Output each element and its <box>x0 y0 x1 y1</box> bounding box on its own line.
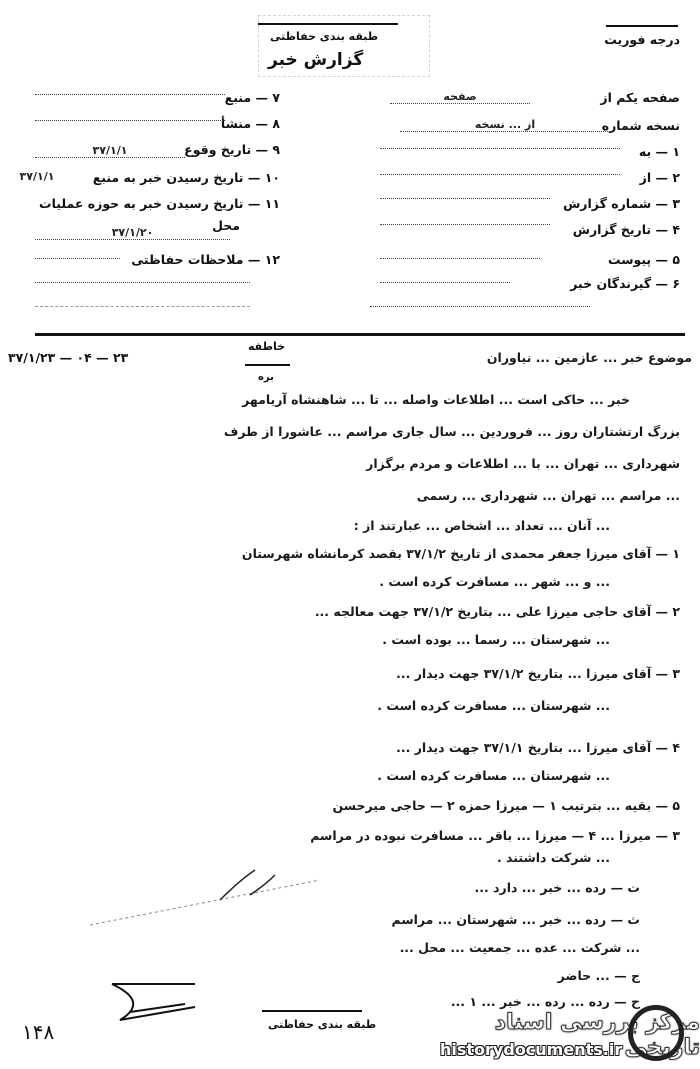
handwritten-signature-scribble <box>80 860 340 930</box>
subject-stamp-bottom: بره <box>258 372 274 383</box>
field-source-received-date-value: ۳۷/۱/۱ <box>2 170 72 183</box>
field-security-notes-line3 <box>35 306 250 307</box>
footer-classification: طبقه بندی حفاظتی <box>268 1018 376 1031</box>
body-line: ۳ — آقای میرزا ... بتاریخ ۳۷/۱/۲ جهت دید… <box>396 666 680 681</box>
field-ops-received-date-value: ۳۷/۱/۲۰ <box>35 226 230 240</box>
field-security-notes-line2 <box>35 282 250 283</box>
header-top-rule <box>258 23 398 25</box>
body-line: ... آنان ... تعداد ... اشخاص ... عبارتند… <box>354 518 610 533</box>
body-line: خبر ... حاکی است ... اطلاعات واصله ... ت… <box>242 392 630 407</box>
body-line: ... شهرستان ... مسافرت کرده است . <box>377 768 610 783</box>
field-recipients: ۶ — گیرندگان خبر <box>570 276 680 291</box>
field-security-notes: ۱۲ — ملاحظات حفاظتی <box>131 252 280 267</box>
body-line: بزرگ ارتشتاران روز ... فروردین ... سال ج… <box>224 424 680 439</box>
field-source: ۷ — منبع <box>225 90 280 105</box>
field-copy: نسخه شماره <box>602 118 680 133</box>
body-line: ۵ — بقیه ... بترتیب ۱ — میرزا حمزه ۲ — ح… <box>333 798 680 813</box>
field-source-received-date: ۱۰ — تاریخ رسیدن خبر به منبع <box>93 170 280 185</box>
body-line: ۲ — آقای حاجی میرزا علی ... بتاریخ ۳۷/۱/… <box>315 604 680 619</box>
field-origin-value <box>35 120 225 121</box>
watermark-url: historydocuments.ir <box>440 1040 622 1059</box>
document-title: گزارش خبر <box>268 50 363 70</box>
note-line: ح — رده ... رده ... خبر ... ۱ ... <box>451 994 640 1009</box>
field-report-date: ۴ — تاریخ گزارش <box>573 222 680 237</box>
subject-stamp-top: خاطفه <box>248 340 285 353</box>
field-report-number: ۳ — شماره گزارش <box>563 196 680 211</box>
field-page: صفحه یکم از <box>600 90 680 105</box>
field-occurrence-date-value: ۳۷/۱/۱ <box>35 144 185 158</box>
body-line: ... و ... شهر ... مسافرت کرده است . <box>379 574 610 589</box>
subject-reference: ۳۷/۱/۲۳ — ۰۴ — ۲۳ <box>8 350 128 365</box>
section-separator <box>35 333 685 336</box>
classification-label: طبقه بندی حفاظتی <box>270 30 378 43</box>
field-security-notes-value <box>35 258 120 259</box>
field-extra-line <box>370 306 590 307</box>
note-line: ... شرکت ... عده ... جمعیت ... محل ... <box>400 940 640 955</box>
field-page-value: صفحه <box>390 90 530 104</box>
priority-label: درجه فوریت <box>604 32 680 47</box>
priority-underline <box>606 25 678 27</box>
body-line: ... شهرستان ... رسما ... بوده است . <box>382 632 610 647</box>
body-line: ۱ — آقای میرزا جعفر محمدی از تاریخ ۳۷/۱/… <box>242 546 680 561</box>
body-line: ... مراسم ... تهران ... شهرداری ... رسمی <box>417 488 680 503</box>
body-line: شهرداری ... تهران ... با ... اطلاعات و م… <box>366 456 680 471</box>
field-origin: ۸ — منشأ <box>221 116 280 131</box>
field-attachment: ۵ — پیوست <box>608 252 680 267</box>
field-ops-received-date: ۱۱ — تاریخ رسیدن خبر به حوزه عملیات <box>39 196 280 211</box>
subject-stamp-underline <box>245 364 290 366</box>
field-recipients-value <box>380 282 510 283</box>
body-line: ۴ — آقای میرزا ... بتاریخ ۳۷/۱/۱ جهت دید… <box>396 740 680 755</box>
field-report-number-value <box>380 198 550 199</box>
arrow-scribble <box>110 982 200 1022</box>
field-attachment-value <box>380 258 540 259</box>
body-line: ۳ — میرزا ... ۴ — میرزا ... باقر ... مسا… <box>310 828 680 843</box>
subject-line: موضوع خبر ... عازمین ... نیاوران <box>487 350 692 365</box>
body-line: ... شرکت داشتند . <box>497 850 610 865</box>
body-line: ... شهرستان ... مسافرت کرده است . <box>377 698 610 713</box>
field-from: ۲ — از <box>640 170 680 185</box>
field-to: ۱ — به <box>639 144 680 159</box>
field-copy-value: از ... نسخه <box>400 118 610 132</box>
field-to-value <box>380 148 620 149</box>
page-number: ۱۴۸ <box>22 1020 54 1044</box>
subject-text: خبر ... عازمین ... نیاوران <box>487 350 644 365</box>
field-source-value <box>35 94 225 95</box>
footer-rule <box>262 1010 362 1012</box>
field-occurrence-date: ۹ — تاریخ وقوع <box>184 142 280 157</box>
note-line: ج — ... حاضر <box>558 968 640 983</box>
field-from-value <box>380 174 620 175</box>
note-line: ث — رده ... خبر ... شهرستان ... مراسم <box>392 912 640 927</box>
field-report-date-value <box>380 224 550 225</box>
watermark-logo-icon <box>628 1005 684 1061</box>
subject-label: موضوع <box>648 350 692 365</box>
note-line: ت — رده ... خبر ... دارد ... <box>475 880 640 895</box>
